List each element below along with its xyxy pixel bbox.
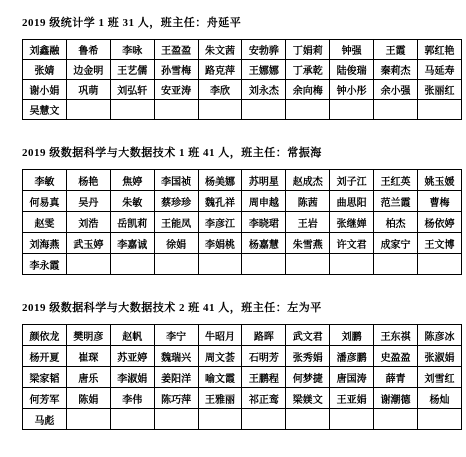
student-name-cell: 王岩 [286, 212, 330, 233]
student-name-cell: 马延寿 [418, 60, 462, 80]
student-name-cell: 路晖 [242, 325, 286, 346]
student-name-cell: 张丽红 [418, 80, 462, 100]
student-name-cell: 刘弘轩 [110, 80, 154, 100]
empty-cell [374, 409, 418, 430]
student-name-cell: 唐乐 [66, 367, 110, 388]
student-name-cell: 王东祺 [374, 325, 418, 346]
student-name-cell: 王娜娜 [242, 60, 286, 80]
student-name-cell: 刘浩 [66, 212, 110, 233]
student-name-cell: 杨嘉慧 [242, 233, 286, 254]
student-name-cell: 巩萌 [66, 80, 110, 100]
student-name-cell: 赵雯 [23, 212, 67, 233]
student-name-cell: 曹梅 [418, 191, 462, 212]
empty-cell [374, 254, 418, 275]
student-name-cell: 岳凯莉 [110, 212, 154, 233]
empty-cell [198, 254, 242, 275]
student-name-cell: 安勃骅 [242, 40, 286, 60]
student-name-cell: 李晓珺 [242, 212, 286, 233]
student-name-cell: 朱文茜 [198, 40, 242, 60]
empty-cell [66, 409, 110, 430]
student-name-cell: 王能凤 [154, 212, 198, 233]
student-name-cell: 王文博 [418, 233, 462, 254]
table-row: 颜依龙樊明彦赵帆李宁牛昭月路晖武文君刘鹏王东祺陈彦冰 [23, 325, 462, 346]
empty-cell [242, 254, 286, 275]
student-name-cell: 孙雪梅 [154, 60, 198, 80]
student-name-cell: 梁媄文 [286, 388, 330, 409]
empty-cell [198, 409, 242, 430]
empty-cell [330, 409, 374, 430]
student-name-cell: 吴丹 [66, 191, 110, 212]
student-name-cell: 刘子江 [330, 170, 374, 191]
student-name-cell: 李咏 [110, 40, 154, 60]
table-row: 张婧边金明王艺儒孙雪梅路克萍王娜娜丁承乾陆俊瑞秦莉杰马延寿 [23, 60, 462, 80]
student-name-cell: 杨开夏 [23, 346, 67, 367]
table-row: 刘海燕武玉婷李嘉诚徐娟李娟桃杨嘉慧朱雪燕许文君成家宁王文博 [23, 233, 462, 254]
student-name-cell: 何易真 [23, 191, 67, 212]
empty-cell [110, 409, 154, 430]
student-name-cell: 边金明 [66, 60, 110, 80]
table-row: 马彪 [23, 409, 462, 430]
student-name-cell: 李嘉诚 [110, 233, 154, 254]
student-name-cell: 杨依婷 [418, 212, 462, 233]
student-name-cell: 石明芳 [242, 346, 286, 367]
student-name-cell: 樊明彦 [66, 325, 110, 346]
student-name-cell: 朱敏 [110, 191, 154, 212]
student-name-cell: 魏孔祥 [198, 191, 242, 212]
student-name-cell: 喻文霞 [198, 367, 242, 388]
student-name-cell: 李淑娟 [110, 367, 154, 388]
empty-cell [154, 254, 198, 275]
empty-cell [418, 100, 462, 120]
student-name-cell: 余向梅 [286, 80, 330, 100]
student-name-cell: 路克萍 [198, 60, 242, 80]
student-name-cell: 李欣 [198, 80, 242, 100]
student-name-cell: 曲思阳 [330, 191, 374, 212]
table-row: 刘鑫融鲁希李咏王盈盈朱文茜安勃骅丁娟莉钟强王霞郭红艳 [23, 40, 462, 60]
student-name-cell: 苏明星 [242, 170, 286, 191]
student-name-cell: 丁承乾 [286, 60, 330, 80]
student-name-cell: 安亚涛 [154, 80, 198, 100]
roster-table-class-3: 颜依龙樊明彦赵帆李宁牛昭月路晖武文君刘鹏王东祺陈彦冰杨开夏崔琛苏亚婷魏瑞兴周文荟… [22, 324, 462, 430]
student-name-cell: 刘永杰 [242, 80, 286, 100]
table-row: 何芳军陈娟李伟陈巧萍王雅丽祁正鸾梁媄文王亚娟谢潮德杨灿 [23, 388, 462, 409]
empty-cell [286, 100, 330, 120]
student-name-cell: 姚玉媛 [418, 170, 462, 191]
student-name-cell: 李彦江 [198, 212, 242, 233]
empty-cell [154, 100, 198, 120]
student-name-cell: 范兰霞 [374, 191, 418, 212]
table-row: 何易真吴丹朱敏蔡珍珍魏孔祥周申越陈茜曲思阳范兰霞曹梅 [23, 191, 462, 212]
table-row: 李敏杨艳焦婷李国祯杨美娜苏明星赵成杰刘子江王红英姚玉媛 [23, 170, 462, 191]
student-name-cell: 李娟桃 [198, 233, 242, 254]
empty-cell [110, 100, 154, 120]
student-name-cell: 杨艳 [66, 170, 110, 191]
empty-cell [66, 100, 110, 120]
student-name-cell: 刘鑫融 [23, 40, 67, 60]
student-name-cell: 李国祯 [154, 170, 198, 191]
student-name-cell: 赵帆 [110, 325, 154, 346]
student-name-cell: 杨灿 [418, 388, 462, 409]
student-name-cell: 陈娟 [66, 388, 110, 409]
empty-cell [110, 254, 154, 275]
student-name-cell: 徐娟 [154, 233, 198, 254]
document-page: 2019 级统计学 1 班 31 人，班主任：舟延平 刘鑫融鲁希李咏王盈盈朱文茜… [0, 0, 466, 457]
student-name-cell: 丁娟莉 [286, 40, 330, 60]
student-name-cell: 周申越 [242, 191, 286, 212]
student-name-cell: 武文君 [286, 325, 330, 346]
student-name-cell: 李敏 [23, 170, 67, 191]
student-name-cell: 秦莉杰 [374, 60, 418, 80]
student-name-cell: 钟强 [330, 40, 374, 60]
student-name-cell: 焦婷 [110, 170, 154, 191]
student-name-cell: 王霞 [374, 40, 418, 60]
student-name-cell: 钟小彤 [330, 80, 374, 100]
student-name-cell: 魏瑞兴 [154, 346, 198, 367]
roster-table-class-1: 刘鑫融鲁希李咏王盈盈朱文茜安勃骅丁娟莉钟强王霞郭红艳张婧边金明王艺儒孙雪梅路克萍… [22, 39, 462, 120]
student-name-cell: 张继婵 [330, 212, 374, 233]
student-name-cell: 王鹏程 [242, 367, 286, 388]
student-name-cell: 陈彦冰 [418, 325, 462, 346]
student-name-cell: 蔡珍珍 [154, 191, 198, 212]
student-name-cell: 马彪 [23, 409, 67, 430]
student-name-cell: 牛昭月 [198, 325, 242, 346]
student-name-cell: 陆俊瑞 [330, 60, 374, 80]
student-name-cell: 祁正鸾 [242, 388, 286, 409]
section-title-class-1: 2019 级统计学 1 班 31 人，班主任：舟延平 [22, 14, 462, 30]
empty-cell [242, 100, 286, 120]
empty-cell [242, 409, 286, 430]
student-name-cell: 刘鹏 [330, 325, 374, 346]
student-name-cell: 何芳军 [23, 388, 67, 409]
student-name-cell: 张秀娟 [286, 346, 330, 367]
student-name-cell: 柏杰 [374, 212, 418, 233]
student-name-cell: 唐国涛 [330, 367, 374, 388]
student-name-cell: 崔琛 [66, 346, 110, 367]
student-name-cell: 史盈盈 [374, 346, 418, 367]
student-name-cell: 刘海燕 [23, 233, 67, 254]
student-name-cell: 杨美娜 [198, 170, 242, 191]
student-name-cell: 郭红艳 [418, 40, 462, 60]
roster-table-class-2: 李敏杨艳焦婷李国祯杨美娜苏明星赵成杰刘子江王红英姚玉媛何易真吴丹朱敏蔡珍珍魏孔祥… [22, 169, 462, 275]
empty-cell [330, 254, 374, 275]
student-name-cell: 赵成杰 [286, 170, 330, 191]
student-name-cell: 薛青 [374, 367, 418, 388]
table-row: 吴慧文 [23, 100, 462, 120]
table-row: 梁家韬唐乐李淑娟姜阳洋喻文霞王鹏程何梦捷唐国涛薛青刘雪红 [23, 367, 462, 388]
student-name-cell: 余小强 [374, 80, 418, 100]
student-name-cell: 潘彦鹏 [330, 346, 374, 367]
section-class-3: 2019 级数据科学与大数据技术 2 班 41 人，班主任：左为平 颜依龙樊明彦… [22, 299, 462, 430]
student-name-cell: 许文君 [330, 233, 374, 254]
student-name-cell: 李宁 [154, 325, 198, 346]
section-class-2: 2019 级数据科学与大数据技术 1 班 41 人，班主任：常振海 李敏杨艳焦婷… [22, 144, 462, 275]
student-name-cell: 陈茜 [286, 191, 330, 212]
student-name-cell: 武玉婷 [66, 233, 110, 254]
empty-cell [198, 100, 242, 120]
student-name-cell: 朱雪燕 [286, 233, 330, 254]
student-name-cell: 陈巧萍 [154, 388, 198, 409]
empty-cell [418, 254, 462, 275]
student-name-cell: 谢潮德 [374, 388, 418, 409]
section-title-class-2: 2019 级数据科学与大数据技术 1 班 41 人，班主任：常振海 [22, 144, 462, 160]
student-name-cell: 王艺儒 [110, 60, 154, 80]
empty-cell [330, 100, 374, 120]
student-name-cell: 颜依龙 [23, 325, 67, 346]
student-name-cell: 谢小娟 [23, 80, 67, 100]
student-name-cell: 王红英 [374, 170, 418, 191]
student-name-cell: 周文荟 [198, 346, 242, 367]
student-name-cell: 李永霞 [23, 254, 67, 275]
student-name-cell: 李伟 [110, 388, 154, 409]
empty-cell [374, 100, 418, 120]
student-name-cell: 苏亚婷 [110, 346, 154, 367]
student-name-cell: 刘雪红 [418, 367, 462, 388]
section-class-1: 2019 级统计学 1 班 31 人，班主任：舟延平 刘鑫融鲁希李咏王盈盈朱文茜… [22, 14, 462, 120]
empty-cell [66, 254, 110, 275]
empty-cell [154, 409, 198, 430]
student-name-cell: 鲁希 [66, 40, 110, 60]
student-name-cell: 王雅丽 [198, 388, 242, 409]
student-name-cell: 张淑娟 [418, 346, 462, 367]
student-name-cell: 成家宁 [374, 233, 418, 254]
student-name-cell: 何梦捷 [286, 367, 330, 388]
student-name-cell: 梁家韬 [23, 367, 67, 388]
table-row: 谢小娟巩萌刘弘轩安亚涛李欣刘永杰余向梅钟小彤余小强张丽红 [23, 80, 462, 100]
student-name-cell: 吴慧文 [23, 100, 67, 120]
student-name-cell: 王亚娟 [330, 388, 374, 409]
table-row: 杨开夏崔琛苏亚婷魏瑞兴周文荟石明芳张秀娟潘彦鹏史盈盈张淑娟 [23, 346, 462, 367]
student-name-cell: 姜阳洋 [154, 367, 198, 388]
section-title-class-3: 2019 级数据科学与大数据技术 2 班 41 人，班主任：左为平 [22, 299, 462, 315]
empty-cell [418, 409, 462, 430]
student-name-cell: 张婧 [23, 60, 67, 80]
table-row: 赵雯刘浩岳凯莉王能凤李彦江李晓珺王岩张继婵柏杰杨依婷 [23, 212, 462, 233]
empty-cell [286, 409, 330, 430]
student-name-cell: 王盈盈 [154, 40, 198, 60]
empty-cell [286, 254, 330, 275]
table-row: 李永霞 [23, 254, 462, 275]
